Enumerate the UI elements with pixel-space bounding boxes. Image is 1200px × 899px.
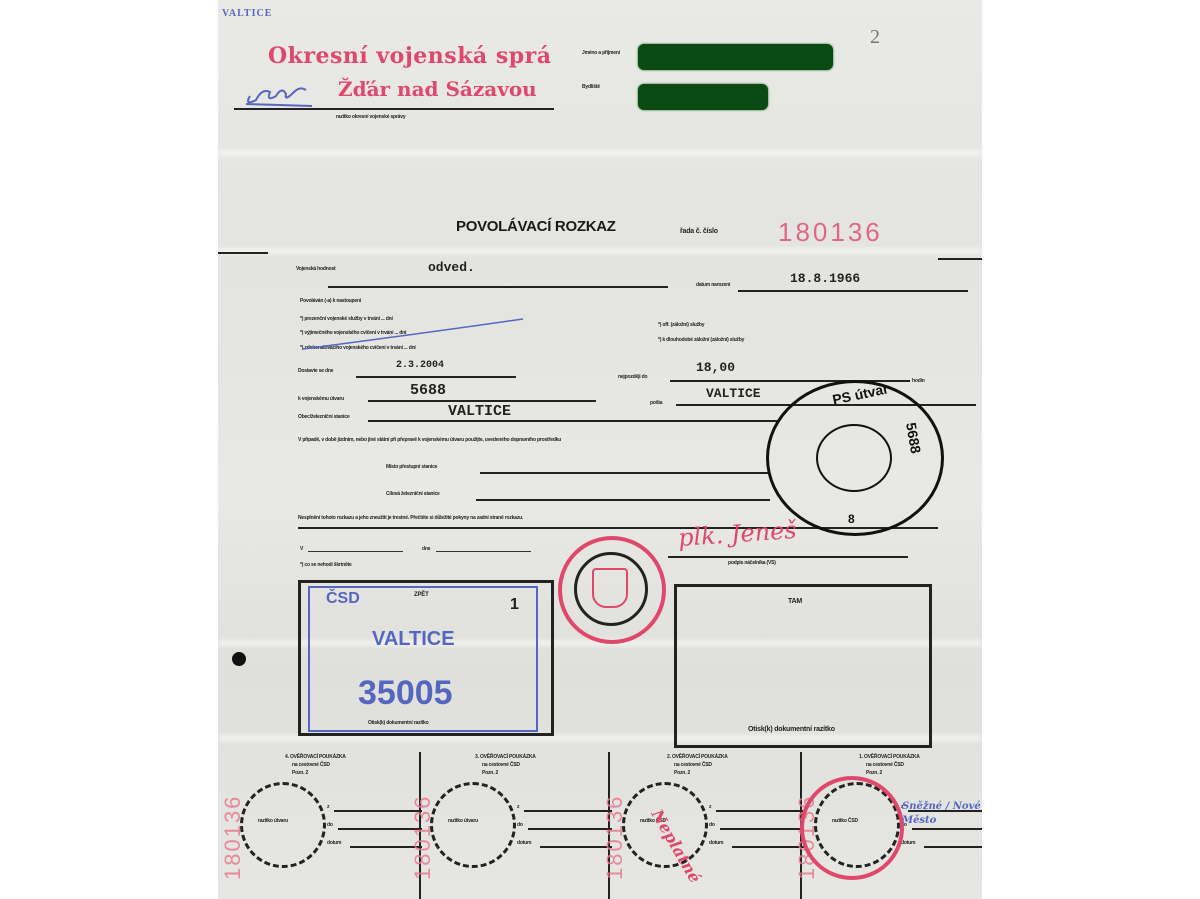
coupon-note: Pozn. 2 — [866, 770, 882, 776]
place-label: V — [300, 546, 303, 552]
birth-label: datum narození — [696, 282, 730, 288]
csd-number: 1 — [510, 596, 519, 614]
redacted-address — [638, 84, 768, 110]
signature: plk. Jeneš — [677, 516, 797, 552]
coupon-row-to: do — [517, 822, 523, 828]
coupon-note: Pozn. 2 — [674, 770, 690, 776]
serial-number: 180136 — [778, 217, 883, 248]
red-stamp-emblem-icon — [592, 568, 628, 608]
redacted-name — [638, 44, 833, 70]
issuer-stamp-line1: Okresní vojenská sprá — [268, 43, 551, 69]
tam-box — [674, 584, 932, 748]
coat-of-arms-icon — [816, 424, 892, 492]
series-label: řada č. číslo — [680, 228, 718, 235]
tam-label: TAM — [788, 598, 802, 605]
tam-caption: Otisk(k) dokumentní razítko — [748, 726, 835, 733]
csd-rail-label: ČSD — [326, 590, 360, 608]
birth-value: 18.8.1966 — [790, 271, 860, 286]
csd-return-label: ZPĚT — [414, 592, 429, 598]
time-value: 18,00 — [696, 360, 735, 375]
coupon-title: 3. OVĚŘOVACÍ POUKÁZKA — [475, 754, 536, 760]
coupon-subtitle: na cestovné ČSD — [292, 762, 330, 768]
coupon-red-stamp — [800, 776, 904, 880]
handwritten-initials-icon — [240, 78, 320, 108]
coupon-stamp-text: razítko útvaru — [258, 818, 288, 824]
rank-label: Vojenská hodnost — [296, 266, 336, 272]
csd-code: 35005 — [358, 674, 453, 713]
transfer-station-label: Místo přestupní stanice — [386, 464, 437, 470]
issuer-stamp-line2: Žďár nad Sázavou — [338, 77, 537, 101]
day-label: dne — [422, 546, 430, 552]
town-value: VALTICE — [448, 403, 511, 420]
coupon-title: 4. OVĚŘOVACÍ POUKÁZKA — [285, 754, 346, 760]
coupon-row-date: dotum — [709, 840, 723, 846]
call-up-order-document: VALTICE 2 Okresní vojenská sprá Žďár nad… — [218, 0, 982, 899]
coupon-subtitle: na cestovné ČSD — [482, 762, 520, 768]
coupon-row-to: do — [709, 822, 715, 828]
date-label: Dostavte se dne — [298, 368, 333, 374]
coupon-subtitle: na cestovné ČSD — [866, 762, 904, 768]
coupon-row-from: z — [327, 804, 329, 810]
warning-text: Nesplnění tohoto rozkazu a jeho zneužití… — [298, 515, 523, 521]
option-right-1: *) off. (záložní) služby — [658, 322, 704, 328]
csd-caption: Otisk(k) dokumentní razítko — [368, 720, 428, 726]
unit-value: 5688 — [410, 382, 446, 399]
time-suffix: hodin — [912, 378, 925, 384]
coupon-subtitle: na cestovné ČSD — [674, 762, 712, 768]
coupon-stamp-text: razítko útvaru — [448, 818, 478, 824]
strike-through-line — [298, 314, 528, 354]
punch-hole — [232, 652, 246, 666]
signature-caption: podpis náčelníka (VS) — [728, 560, 776, 566]
post-value: VALTICE — [706, 386, 761, 401]
time-label: nejpozději do — [618, 374, 647, 380]
page-number: 2 — [870, 26, 880, 49]
footnote: *) co se nehodí škrtněte — [300, 562, 352, 568]
post-label: pošta — [650, 400, 662, 406]
address-label: Bydliště — [582, 84, 600, 90]
coupon-handwriting-route: Sněžné / Nové Město — [902, 800, 982, 828]
coupon-note: Pozn. 2 — [482, 770, 498, 776]
unit-label: k vojenskému útvaru — [298, 396, 344, 402]
csd-station: VALTICE — [372, 628, 455, 651]
coupon-row-date: dotum — [327, 840, 341, 846]
coupon-stamp-circle — [240, 782, 326, 868]
coupon-title: 2. OVĚŘOVACÍ POUKÁZKA — [667, 754, 728, 760]
date-value: 2.3.2004 — [396, 360, 444, 371]
unit-stamp-bottom: 8 — [848, 512, 855, 526]
name-label: Jméno a příjmení — [582, 50, 620, 56]
coupon-row-from: z — [517, 804, 519, 810]
called-label: Povoláván (-a) k nastoupení — [300, 298, 361, 304]
coupon-title: 1. OVĚŘOVACÍ POUKÁZKA — [859, 754, 920, 760]
rank-value: odved. — [428, 260, 475, 275]
coupon-row-to: do — [327, 822, 333, 828]
coupon-note: Pozn. 2 — [292, 770, 308, 776]
document-title: POVOLÁVACÍ ROZKAZ — [456, 218, 616, 235]
option-right-2: *) k dlouhodobé záložní (záložní) služby — [658, 337, 744, 343]
issuer-stamp-caption: razítko okresní vojenské správy — [336, 114, 405, 120]
coupon-stamp-circle — [430, 782, 516, 868]
top-stamp: VALTICE — [222, 8, 272, 19]
town-label: Obec/železniční stanice — [298, 414, 350, 420]
instructions-text: V případě, v době jízdním, nebo jiné stá… — [298, 436, 638, 444]
destination-station-label: Cílová železniční stanice — [386, 491, 440, 497]
coupon-row-from: z — [709, 804, 711, 810]
coupon-row-date: dotum — [901, 840, 915, 846]
coupon-row-date: dotum — [517, 840, 531, 846]
